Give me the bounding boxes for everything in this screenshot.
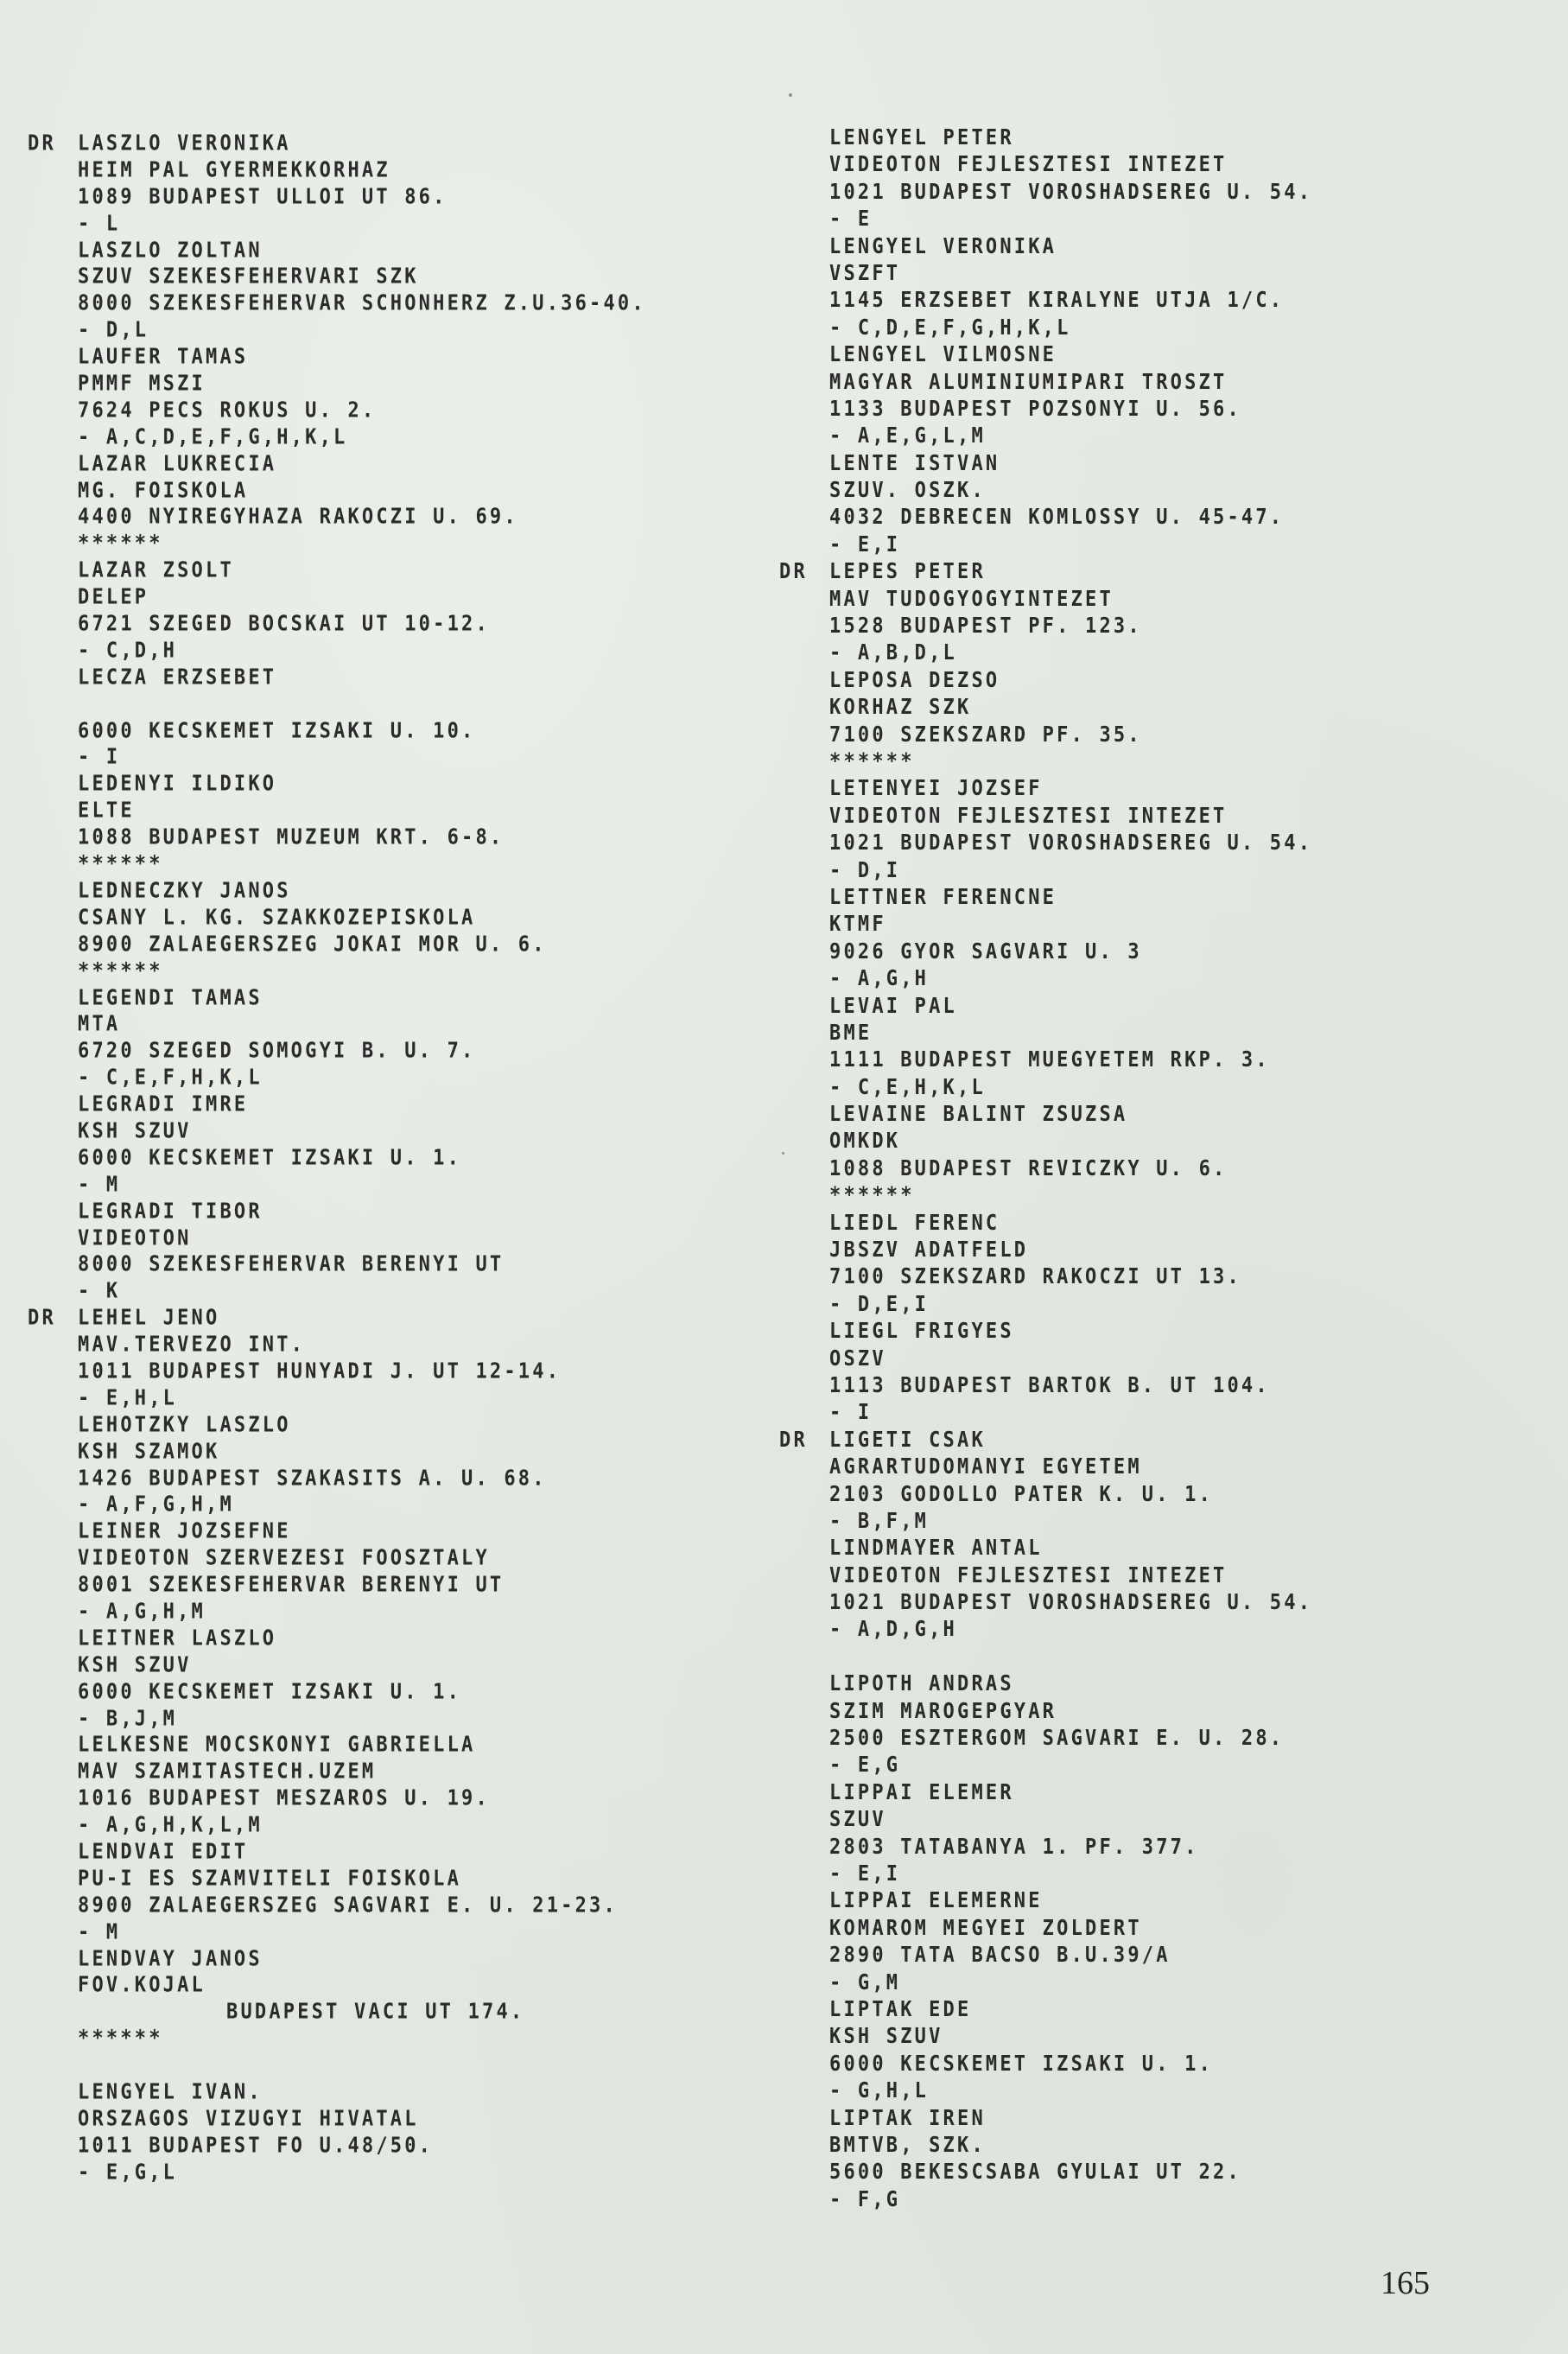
- directory-line: 1145 ERZSEBET KIRALYNE UTJA 1/C.: [829, 285, 1312, 315]
- line-text: 8000 SZEKESFEHERVAR SCHONHERZ Z.U.36-40.: [78, 292, 646, 316]
- line-text: 1113 BUDAPEST BARTOK B. UT 104.: [829, 1373, 1270, 1397]
- directory-line: LENGYEL IVAN.: [78, 2078, 646, 2109]
- directory-line: DRLEHEL JENO: [78, 1304, 646, 1334]
- line-text: LAZAR LUKRECIA: [78, 452, 276, 476]
- line-text: CSANY L. KG. SZAKKOZEPISKOLA: [78, 906, 475, 930]
- directory-line: LINDMAYER ANTAL: [829, 1533, 1312, 1563]
- line-text: KSH SZUV: [829, 2025, 943, 2049]
- directory-line: BUDAPEST VACI UT 174.: [78, 1998, 646, 2028]
- directory-line: LEGRADI IMRE: [78, 1091, 646, 1121]
- line-text: - A,C,D,E,F,G,H,K,L: [78, 425, 347, 449]
- directory-line: 8900 ZALAEGERSZEG JOKAI MOR U. 6.: [78, 931, 646, 961]
- line-text: - M: [78, 1920, 120, 1944]
- directory-line: - I: [829, 1397, 1312, 1428]
- directory-line: LIPPAI ELEMERNE: [829, 1886, 1312, 1917]
- directory-line: LENGYEL VILMOSNE: [829, 340, 1312, 370]
- line-text: LEDENYI ILDIKO: [78, 773, 276, 797]
- directory-line: ELTE: [78, 797, 646, 827]
- line-text: 8900 ZALAEGERSZEG SAGVARI E. U. 21-23.: [78, 1893, 618, 1918]
- blank-line: [829, 1642, 1312, 1672]
- line-text: 1133 BUDAPEST POZSONYI U. 56.: [829, 397, 1241, 421]
- line-text: LEPES PETER: [829, 560, 986, 584]
- directory-line: AGRARTUDOMANYI EGYETEM: [829, 1452, 1312, 1482]
- line-text: LENGYEL IVAN.: [78, 2080, 263, 2104]
- line-text: LEVAI PAL: [829, 994, 957, 1018]
- directory-line: FOV.KOJAL: [78, 1972, 646, 2002]
- directory-line: LEGRADI TIBOR: [78, 1198, 646, 1228]
- directory-line: VIDEOTON: [78, 1225, 646, 1255]
- line-text: LEGRADI IMRE: [78, 1092, 248, 1117]
- line-text: LEITNER LASZLO: [78, 1626, 276, 1651]
- directory-line: 4400 NYIREGYHAZA RAKOCZI U. 69.: [78, 504, 646, 534]
- line-text: - C,E,H,K,L: [829, 1075, 986, 1099]
- line-text: - F,G: [829, 2187, 900, 2211]
- directory-line: LEVAI PAL: [829, 991, 1312, 1021]
- directory-line: - G,M: [829, 1968, 1312, 1998]
- directory-line: ******: [78, 958, 646, 988]
- line-text: MTA: [78, 1013, 120, 1037]
- line-text: LENGYEL VILMOSNE: [829, 343, 1057, 367]
- line-text: 6000 KECSKEMET IZSAKI U. 1.: [829, 2052, 1213, 2076]
- directory-line: BME: [829, 1018, 1312, 1048]
- line-text: 1426 BUDAPEST SZAKASITS A. U. 68.: [78, 1466, 547, 1491]
- directory-line: 1088 BUDAPEST REVICZKY U. 6.: [829, 1154, 1312, 1184]
- paper-speck: [782, 1152, 784, 1155]
- line-text: 4400 NYIREGYHAZA RAKOCZI U. 69.: [78, 506, 518, 530]
- line-text: 1145 ERZSEBET KIRALYNE UTJA 1/C.: [829, 289, 1284, 313]
- directory-column-right: LENGYEL PETERVIDEOTON FEJLESZTESI INTEZE…: [829, 124, 1312, 2213]
- directory-line: - K: [78, 1277, 646, 1307]
- directory-line: ******: [78, 2025, 646, 2055]
- directory-line: - A,F,G,H,M: [78, 1492, 646, 1522]
- line-text: LECZA ERZSEBET: [78, 665, 276, 690]
- line-text: LENGYEL VERONIKA: [829, 234, 1057, 258]
- line-text: KOMAROM MEGYEI ZOLDERT: [829, 1916, 1142, 1940]
- directory-line: 7100 SZEKSZARD RAKOCZI UT 13.: [829, 1263, 1312, 1293]
- directory-line: - C,D,H: [78, 637, 646, 667]
- line-text: KORHAZ SZK: [829, 696, 971, 720]
- directory-line: LEINER JOZSEFNE: [78, 1517, 646, 1548]
- directory-line: - G,H,L: [829, 2076, 1312, 2106]
- line-text: 6720 SZEGED SOMOGYI B. U. 7.: [78, 1040, 475, 1064]
- line-text: 2103 GODOLLO PATER K. U. 1.: [829, 1482, 1213, 1506]
- title-prefix: DR: [28, 1304, 56, 1334]
- directory-line: LEHOTZKY LASZLO: [78, 1411, 646, 1441]
- line-text: LENGYEL PETER: [829, 125, 1014, 150]
- line-text: 1021 BUDAPEST VOROSHADSEREG U. 54.: [829, 831, 1312, 856]
- line-text: 6000 KECSKEMET IZSAKI U. 1.: [78, 1146, 461, 1170]
- directory-line: 1426 BUDAPEST SZAKASITS A. U. 68.: [78, 1465, 646, 1495]
- directory-line: 4032 DEBRECEN KOMLOSSY U. 45-47.: [829, 503, 1312, 533]
- directory-line: LIPTAK IREN: [829, 2103, 1312, 2134]
- line-text: MG. FOISKOLA: [78, 479, 248, 503]
- line-text: SZUV: [829, 1808, 886, 1832]
- line-text: LEDNECZKY JANOS: [78, 879, 291, 903]
- line-text: BMTVB, SZK.: [829, 2133, 986, 2157]
- line-text: - A,E,G,L,M: [829, 424, 986, 449]
- directory-line: - D,L: [78, 316, 646, 347]
- directory-line: 1016 BUDAPEST MESZAROS U. 19.: [78, 1785, 646, 1815]
- line-text: LEGRADI TIBOR: [78, 1199, 263, 1224]
- line-text: VIDEOTON FEJLESZTESI INTEZET: [829, 153, 1227, 177]
- line-text: ******: [829, 749, 915, 773]
- directory-line: OMKDK: [829, 1127, 1312, 1157]
- directory-line: MAV SZAMITASTECH.UZEM: [78, 1758, 646, 1788]
- line-text: LEHEL JENO: [78, 1307, 219, 1331]
- line-text: LEPOSA DEZSO: [829, 668, 1000, 692]
- directory-line: JBSZV ADATFELD: [829, 1235, 1312, 1265]
- directory-line: ******: [78, 850, 646, 881]
- directory-line: 8001 SZEKESFEHERVAR BERENYI UT: [78, 1571, 646, 1601]
- line-text: 7624 PECS ROKUS U. 2.: [78, 398, 376, 423]
- directory-line: VIDEOTON FEJLESZTESI INTEZET: [829, 801, 1312, 831]
- blank-line: [78, 2052, 646, 2082]
- line-text: PU-I ES SZAMVITELI FOISKOLA: [78, 1867, 461, 1891]
- line-text: BME: [829, 1021, 872, 1045]
- line-text: OMKDK: [829, 1129, 900, 1154]
- directory-line: LAZAR ZSOLT: [78, 557, 646, 587]
- directory-line: LELKESNE MOCSKONYI GABRIELLA: [78, 1732, 646, 1762]
- line-text: ******: [829, 1184, 915, 1208]
- line-text: 1088 BUDAPEST REVICZKY U. 6.: [829, 1156, 1227, 1180]
- line-text: VIDEOTON FEJLESZTESI INTEZET: [829, 804, 1227, 828]
- directory-line: - C,E,H,K,L: [829, 1072, 1312, 1103]
- directory-line: KSH SZUV: [78, 1117, 646, 1148]
- line-text: MAGYAR ALUMINIUMIPARI TROSZT: [829, 370, 1227, 394]
- line-text: 1021 BUDAPEST VOROSHADSEREG U. 54.: [829, 1591, 1312, 1615]
- line-text: 8900 ZALAEGERSZEG JOKAI MOR U. 6.: [78, 932, 547, 957]
- line-text: SZUV. OSZK.: [829, 479, 986, 503]
- directory-line: KOMAROM MEGYEI ZOLDERT: [829, 1913, 1312, 1944]
- line-text: 1011 BUDAPEST FO U.48/50.: [78, 2134, 433, 2158]
- paper-speck: [789, 93, 792, 97]
- directory-line: 5600 BEKESCSABA GYULAI UT 22.: [829, 2157, 1312, 2187]
- directory-line: - D,I: [829, 856, 1312, 886]
- directory-line: VIDEOTON FEJLESZTESI INTEZET: [829, 1561, 1312, 1591]
- directory-line: 6000 KECSKEMET IZSAKI U. 1.: [78, 1144, 646, 1174]
- line-text: FOV.KOJAL: [78, 1974, 206, 1998]
- line-text: OSZV: [829, 1346, 886, 1371]
- directory-line: DELEP: [78, 583, 646, 614]
- line-text: - A,G,H,M: [78, 1600, 206, 1624]
- directory-line: 2500 ESZTERGOM SAGVARI E. U. 28.: [829, 1723, 1312, 1753]
- directory-line: - A,E,G,L,M: [829, 421, 1312, 451]
- line-text: LIPPAI ELEMERNE: [829, 1889, 1043, 1913]
- directory-line: 8900 ZALAEGERSZEG SAGVARI E. U. 21-23.: [78, 1892, 646, 1922]
- directory-line: SZIM MAROGEPGYAR: [829, 1696, 1312, 1727]
- line-text: LASZLO ZOLTAN: [78, 239, 263, 263]
- line-text: - G,H,L: [829, 2079, 929, 2103]
- line-text: - G,M: [829, 1970, 900, 1995]
- line-text: - I: [829, 1401, 872, 1425]
- line-text: LINDMAYER ANTAL: [829, 1536, 1043, 1561]
- directory-line: - A,B,D,L: [829, 639, 1312, 669]
- line-text: 1021 BUDAPEST VOROSHADSEREG U. 54.: [829, 180, 1312, 204]
- line-text: - E,I: [829, 1861, 900, 1886]
- line-text: 6721 SZEGED BOCSKAI UT 10-12.: [78, 612, 490, 636]
- directory-line: LIPTAK EDE: [829, 1995, 1312, 2025]
- line-text: - C,D,E,F,G,H,K,L: [829, 315, 1071, 340]
- directory-line: - E,G,L: [78, 2159, 646, 2189]
- line-text: - C,E,F,H,K,L: [78, 1066, 263, 1091]
- line-text: KSH SZUV: [78, 1653, 192, 1677]
- directory-line: 1021 BUDAPEST VOROSHADSEREG U. 54.: [829, 177, 1312, 207]
- line-text: 1011 BUDAPEST HUNYADI J. UT 12-14.: [78, 1359, 561, 1384]
- line-text: LEHOTZKY LASZLO: [78, 1413, 291, 1437]
- directory-line: 1089 BUDAPEST ULLOI UT 86.: [78, 183, 646, 213]
- line-text: VIDEOTON: [78, 1226, 192, 1250]
- directory-line: - F,G: [829, 2185, 1312, 2215]
- line-text: - B,F,M: [829, 1509, 929, 1533]
- line-text: MAV TUDOGYOGYINTEZET: [829, 587, 1114, 611]
- directory-line: LEITNER LASZLO: [78, 1625, 646, 1655]
- line-text: VSZFT: [829, 261, 900, 285]
- line-text: - D,E,I: [829, 1292, 929, 1316]
- line-text: 8001 SZEKESFEHERVAR BERENYI UT: [78, 1573, 504, 1597]
- directory-line: DRLASZLO VERONIKA: [78, 130, 646, 160]
- directory-line: - E,I: [829, 1859, 1312, 1889]
- line-text: ORSZAGOS VIZUGYI HIVATAL: [78, 2107, 419, 2131]
- line-text: ******: [78, 532, 163, 557]
- directory-line: LENTE ISTVAN: [829, 449, 1312, 479]
- directory-line: - M: [78, 1918, 646, 1949]
- directory-line: 2803 TATABANYA 1. PF. 377.: [829, 1832, 1312, 1862]
- directory-line: - E,G: [829, 1751, 1312, 1781]
- line-text: LENTE ISTVAN: [829, 451, 1000, 475]
- directory-line: DRLEPES PETER: [829, 557, 1312, 587]
- line-text: DELEP: [78, 586, 149, 610]
- line-text: 5600 BEKESCSABA GYULAI UT 22.: [829, 2160, 1241, 2185]
- directory-line: LEGENDI TAMAS: [78, 984, 646, 1015]
- directory-line: - M: [78, 1171, 646, 1201]
- line-text: PMMF MSZI: [78, 372, 206, 396]
- line-text: ELTE: [78, 799, 135, 824]
- directory-line: LIEGL FRIGYES: [829, 1316, 1312, 1346]
- directory-line: LIPOTH ANDRAS: [829, 1669, 1312, 1699]
- line-text: BUDAPEST VACI UT 174.: [226, 2001, 524, 2025]
- directory-line: VIDEOTON SZERVEZESI FOOSZTALY: [78, 1544, 646, 1575]
- line-text: - B,J,M: [78, 1707, 177, 1731]
- line-text: 1528 BUDAPEST PF. 123.: [829, 614, 1142, 639]
- directory-line: ******: [829, 747, 1312, 777]
- directory-line: 6000 KECSKEMET IZSAKI U. 10.: [78, 717, 646, 748]
- directory-line: KORHAZ SZK: [829, 692, 1312, 722]
- directory-line: ******: [78, 531, 646, 561]
- line-text: LELKESNE MOCSKONYI GABRIELLA: [78, 1734, 475, 1758]
- directory-line: LENGYEL PETER: [829, 123, 1312, 153]
- line-text: - E,G: [829, 1753, 900, 1778]
- directory-line: 6720 SZEGED SOMOGYI B. U. 7.: [78, 1037, 646, 1067]
- line-text: HEIM PAL GYERMEKKORHAZ: [78, 158, 390, 182]
- line-text: - K: [78, 1280, 120, 1304]
- line-text: 1111 BUDAPEST MUEGYETEM RKP. 3.: [829, 1048, 1270, 1072]
- line-text: 6000 KECSKEMET IZSAKI U. 1.: [78, 1680, 461, 1704]
- line-text: 9026 GYOR SAGVARI U. 3: [829, 939, 1142, 964]
- line-text: ******: [78, 959, 163, 983]
- directory-line: KSH SZUV: [829, 2021, 1312, 2052]
- line-text: 1016 BUDAPEST MESZAROS U. 19.: [78, 1787, 490, 1811]
- directory-line: LEDENYI ILDIKO: [78, 771, 646, 801]
- line-text: SZUV SZEKESFEHERVARI SZK: [78, 265, 419, 289]
- line-text: VIDEOTON SZERVEZESI FOOSZTALY: [78, 1547, 490, 1571]
- directory-line: 8000 SZEKESFEHERVAR BERENYI UT: [78, 1251, 646, 1282]
- line-text: VIDEOTON FEJLESZTESI INTEZET: [829, 1563, 1227, 1587]
- directory-line: LECZA ERZSEBET: [78, 664, 646, 694]
- directory-line: - E: [829, 204, 1312, 234]
- line-text: - A,F,G,H,M: [78, 1493, 234, 1517]
- line-text: LENDVAI EDIT: [78, 1840, 248, 1864]
- directory-line: - A,G,H,K,L,M: [78, 1811, 646, 1842]
- line-text: - E,I: [829, 532, 900, 557]
- line-text: KSH SZUV: [78, 1119, 192, 1143]
- directory-line: PU-I ES SZAMVITELI FOISKOLA: [78, 1865, 646, 1895]
- line-text: MAV SZAMITASTECH.UZEM: [78, 1760, 376, 1785]
- line-text: 2803 TATABANYA 1. PF. 377.: [829, 1835, 1199, 1859]
- line-text: - D,I: [829, 858, 900, 882]
- line-text: - M: [78, 1173, 120, 1197]
- directory-line: 1021 BUDAPEST VOROSHADSEREG U. 54.: [829, 1587, 1312, 1618]
- line-text: LIGETI CSAK: [829, 1428, 986, 1452]
- line-text: 7100 SZEKSZARD PF. 35.: [829, 722, 1142, 747]
- directory-line: DRLIGETI CSAK: [829, 1425, 1312, 1455]
- directory-line: 1528 BUDAPEST PF. 123.: [829, 611, 1312, 641]
- line-text: LIPTAK IREN: [829, 2106, 986, 2130]
- directory-line: MAV.TERVEZO INT.: [78, 1331, 646, 1361]
- line-text: AGRARTUDOMANYI EGYETEM: [829, 1455, 1142, 1479]
- directory-line: - E,I: [829, 530, 1312, 560]
- line-text: LAUFER TAMAS: [78, 346, 248, 370]
- directory-line: LEDNECZKY JANOS: [78, 877, 646, 907]
- line-text: LENDVAY JANOS: [78, 1947, 263, 1971]
- line-text: LEGENDI TAMAS: [78, 986, 263, 1010]
- directory-line: 1021 BUDAPEST VOROSHADSEREG U. 54.: [829, 828, 1312, 858]
- line-text: - E,G,L: [78, 2160, 177, 2185]
- line-text: - A,G,H: [829, 967, 929, 991]
- line-text: ******: [78, 852, 163, 876]
- directory-line: 1011 BUDAPEST HUNYADI J. UT 12-14.: [78, 1358, 646, 1388]
- line-text: MAV.TERVEZO INT.: [78, 1333, 305, 1357]
- directory-line: BMTVB, SZK.: [829, 2130, 1312, 2160]
- directory-line: ******: [829, 1180, 1312, 1211]
- line-text: LIPOTH ANDRAS: [829, 1672, 1014, 1696]
- directory-line: CSANY L. KG. SZAKKOZEPISKOLA: [78, 904, 646, 934]
- directory-line: - B,J,M: [78, 1705, 646, 1735]
- directory-line: - A,D,G,H: [829, 1615, 1312, 1645]
- directory-line: 9026 GYOR SAGVARI U. 3: [829, 937, 1312, 967]
- directory-line: - C,D,E,F,G,H,K,L: [829, 313, 1312, 343]
- directory-line: 6721 SZEGED BOCSKAI UT 10-12.: [78, 610, 646, 640]
- line-text: JBSZV ADATFELD: [829, 1237, 1028, 1262]
- directory-line: LENGYEL VERONIKA: [829, 232, 1312, 262]
- directory-line: LIPPAI ELEMER: [829, 1778, 1312, 1808]
- directory-line: 1111 BUDAPEST MUEGYETEM RKP. 3.: [829, 1045, 1312, 1075]
- line-text: 1088 BUDAPEST MUZEUM KRT. 6-8.: [78, 826, 504, 850]
- directory-line: 2103 GODOLLO PATER K. U. 1.: [829, 1479, 1312, 1510]
- directory-line: 6000 KECSKEMET IZSAKI U. 1.: [78, 1678, 646, 1708]
- directory-line: LEPOSA DEZSO: [829, 665, 1312, 696]
- directory-line: - I: [78, 744, 646, 774]
- line-text: - I: [78, 746, 120, 770]
- page-number: 165: [1381, 2264, 1430, 2302]
- line-text: - C,D,H: [78, 639, 177, 663]
- directory-line: LEVAINE BALINT ZSUZSA: [829, 1099, 1312, 1129]
- line-text: LEVAINE BALINT ZSUZSA: [829, 1103, 1127, 1127]
- directory-line: OSZV: [829, 1344, 1312, 1374]
- directory-line: SZUV: [829, 1804, 1312, 1835]
- line-text: 6000 KECSKEMET IZSAKI U. 10.: [78, 719, 475, 743]
- directory-line: LAUFER TAMAS: [78, 343, 646, 373]
- directory-line: LENDVAY JANOS: [78, 1945, 646, 1975]
- directory-line: KTMF: [829, 909, 1312, 939]
- directory-line: LENDVAI EDIT: [78, 1838, 646, 1868]
- line-text: LEINER JOZSEFNE: [78, 1520, 291, 1544]
- directory-line: 1133 BUDAPEST POZSONYI U. 56.: [829, 394, 1312, 424]
- title-prefix: DR: [28, 130, 56, 160]
- line-text: 7100 SZEKSZARD RAKOCZI UT 13.: [829, 1265, 1241, 1289]
- directory-line: LETENYEI JOZSEF: [829, 773, 1312, 804]
- directory-line: 2890 TATA BACSO B.U.39/A: [829, 1940, 1312, 1970]
- blank-line: [78, 690, 646, 721]
- line-text: LAZAR ZSOLT: [78, 559, 234, 583]
- line-text: 2890 TATA BACSO B.U.39/A: [829, 1944, 1171, 1968]
- directory-line: 1011 BUDAPEST FO U.48/50.: [78, 2132, 646, 2162]
- line-text: 4032 DEBRECEN KOMLOSSY U. 45-47.: [829, 506, 1284, 530]
- directory-line: SZUV. OSZK.: [829, 475, 1312, 506]
- directory-line: VSZFT: [829, 258, 1312, 289]
- line-text: LIPPAI ELEMER: [829, 1780, 1014, 1804]
- line-text: - A,G,H,K,L,M: [78, 1813, 263, 1837]
- directory-line: 1088 BUDAPEST MUZEUM KRT. 6-8.: [78, 824, 646, 854]
- line-text: KTMF: [829, 913, 886, 937]
- directory-line: 7100 SZEKSZARD PF. 35.: [829, 720, 1312, 750]
- line-text: 8000 SZEKESFEHERVAR BERENYI UT: [78, 1253, 504, 1277]
- directory-line: - L: [78, 210, 646, 240]
- directory-line: - A,C,D,E,F,G,H,K,L: [78, 423, 646, 454]
- directory-line: MAV TUDOGYOGYINTEZET: [829, 584, 1312, 614]
- line-text: - D,L: [78, 319, 149, 343]
- directory-line: SZUV SZEKESFEHERVARI SZK: [78, 264, 646, 294]
- line-text: - A,B,D,L: [829, 641, 957, 665]
- directory-line: MTA: [78, 1011, 646, 1041]
- directory-line: PMMF MSZI: [78, 370, 646, 400]
- line-text: LETTNER FERENCNE: [829, 885, 1057, 909]
- directory-line: KSH SZUV: [78, 1651, 646, 1682]
- directory-line: - A,G,H,M: [78, 1598, 646, 1628]
- directory-line: 8000 SZEKESFEHERVAR SCHONHERZ Z.U.36-40.: [78, 289, 646, 320]
- line-text: LIEDL FERENC: [829, 1211, 1000, 1235]
- line-text: LASZLO VERONIKA: [78, 131, 291, 156]
- directory-line: ORSZAGOS VIZUGYI HIVATAL: [78, 2105, 646, 2135]
- directory-line: MAGYAR ALUMINIUMIPARI TROSZT: [829, 367, 1312, 398]
- line-text: - A,D,G,H: [829, 1618, 957, 1642]
- title-prefix: DR: [779, 557, 808, 587]
- directory-column-left: DRLASZLO VERONIKAHEIM PAL GYERMEKKORHAZ1…: [78, 131, 646, 2187]
- directory-line: - D,E,I: [829, 1289, 1312, 1320]
- line-text: KSH SZAMOK: [78, 1440, 219, 1464]
- directory-line: LASZLO ZOLTAN: [78, 237, 646, 267]
- line-text: 2500 ESZTERGOM SAGVARI E. U. 28.: [829, 1727, 1284, 1751]
- directory-line: LETTNER FERENCNE: [829, 882, 1312, 913]
- line-text: LETENYEI JOZSEF: [829, 777, 1043, 801]
- line-text: - E: [829, 207, 872, 232]
- directory-line: - C,E,F,H,K,L: [78, 1064, 646, 1094]
- directory-line: - E,H,L: [78, 1384, 646, 1415]
- directory-line: 7624 PECS ROKUS U. 2.: [78, 397, 646, 427]
- line-text: 1089 BUDAPEST ULLOI UT 86.: [78, 185, 448, 209]
- directory-line: LAZAR LUKRECIA: [78, 450, 646, 480]
- line-text: - E,H,L: [78, 1386, 177, 1410]
- line-text: LIPTAK EDE: [829, 1997, 971, 2021]
